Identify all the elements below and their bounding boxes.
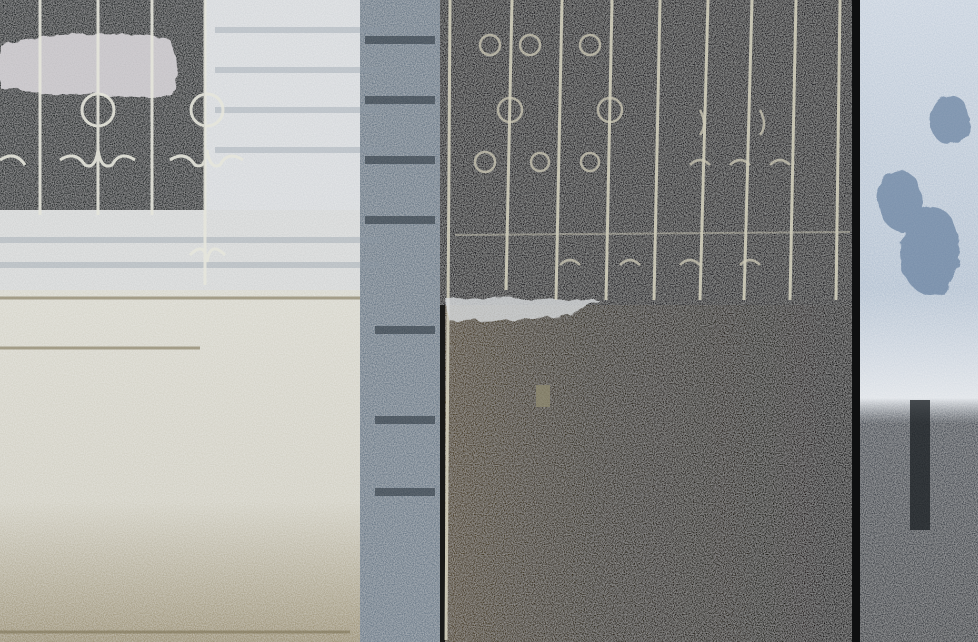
dark-door [445,305,855,642]
right-strip-post [910,400,930,530]
photo-print [0,0,978,642]
base-layer [0,0,978,642]
lower-wall-panel [0,290,360,642]
right-edge-dark-line [852,0,860,642]
right-strip [858,0,978,642]
door-handle [536,385,550,407]
scene-drawing [0,0,978,642]
